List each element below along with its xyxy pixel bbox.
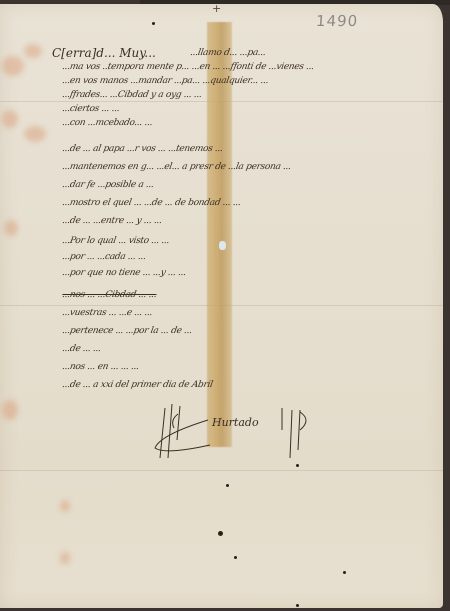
text-line: ...dar fe ...posible a ...	[61, 180, 438, 192]
signature-name: Hurtado	[212, 416, 259, 429]
foxing-spot	[24, 44, 42, 58]
letter-heading: C[erra]d... Muy...	[52, 46, 156, 60]
ink-speck	[296, 464, 299, 467]
foxing-spot	[2, 400, 18, 420]
cross-mark: +	[212, 2, 221, 15]
text-line: ...de ... ...	[61, 344, 438, 356]
foxing-spot	[60, 552, 70, 564]
text-line: ...de ... a xxi del primer dia de Abril	[61, 380, 438, 392]
ink-speck	[226, 484, 229, 487]
text-line: ...pertenece ... ...por la ... de ...	[61, 326, 438, 338]
foxing-spot	[24, 126, 46, 142]
foxing-spot	[2, 56, 24, 76]
foxing-spot	[4, 220, 18, 236]
signature-rubric-icon	[150, 400, 310, 460]
text-line: ...mostro el quel ... ...de ... de bonda…	[61, 198, 438, 210]
ink-speck	[152, 22, 155, 25]
foxing-spot	[60, 500, 70, 512]
ink-speck	[343, 571, 346, 574]
ink-speck	[234, 556, 237, 559]
manuscript-scan: + 1490 C[erra]d... Muy... ...llamo d... …	[0, 0, 450, 611]
ink-speck	[218, 531, 223, 536]
text-line: ...ma vos ..tempora mente p... ...en ...…	[61, 62, 438, 74]
text-line: ...Por lo qual ... visto ... ...	[61, 236, 438, 248]
text-line: ...por que no tiene ... ...y ... ...	[61, 268, 438, 280]
archival-date-annotation: 1490	[315, 12, 358, 30]
ink-speck	[296, 604, 299, 607]
opening-line: ...llamo d... ...pa...	[189, 48, 436, 60]
foxing-spot	[2, 110, 18, 128]
text-line: ...nos ... en ... ... ...	[61, 362, 438, 374]
text-line: ...por ... ...cada ... ...	[61, 252, 438, 264]
text-line: ...vuestras ... ...e ... ...	[61, 308, 438, 320]
fold-line	[0, 470, 443, 471]
text-line: ...en vos manos ...mandar ...pa... ...qu…	[61, 76, 438, 88]
text-line: ...ciertos ... ...	[61, 104, 438, 116]
text-line: ...mantenemos en g... ...el... a presr d…	[61, 162, 438, 174]
text-line: ...de ... ...entre ... y ... ...	[61, 216, 438, 228]
text-line: ...con ...mcebado... ...	[61, 118, 438, 130]
struck-text-line: ...nos ... ...Cibdad ... ...	[61, 290, 438, 302]
text-line: ...de ... al papa ...r vos ... ...tenemo…	[61, 144, 438, 156]
text-line: ...ffrades... ...Cibdad y a oyg ... ...	[61, 90, 438, 102]
